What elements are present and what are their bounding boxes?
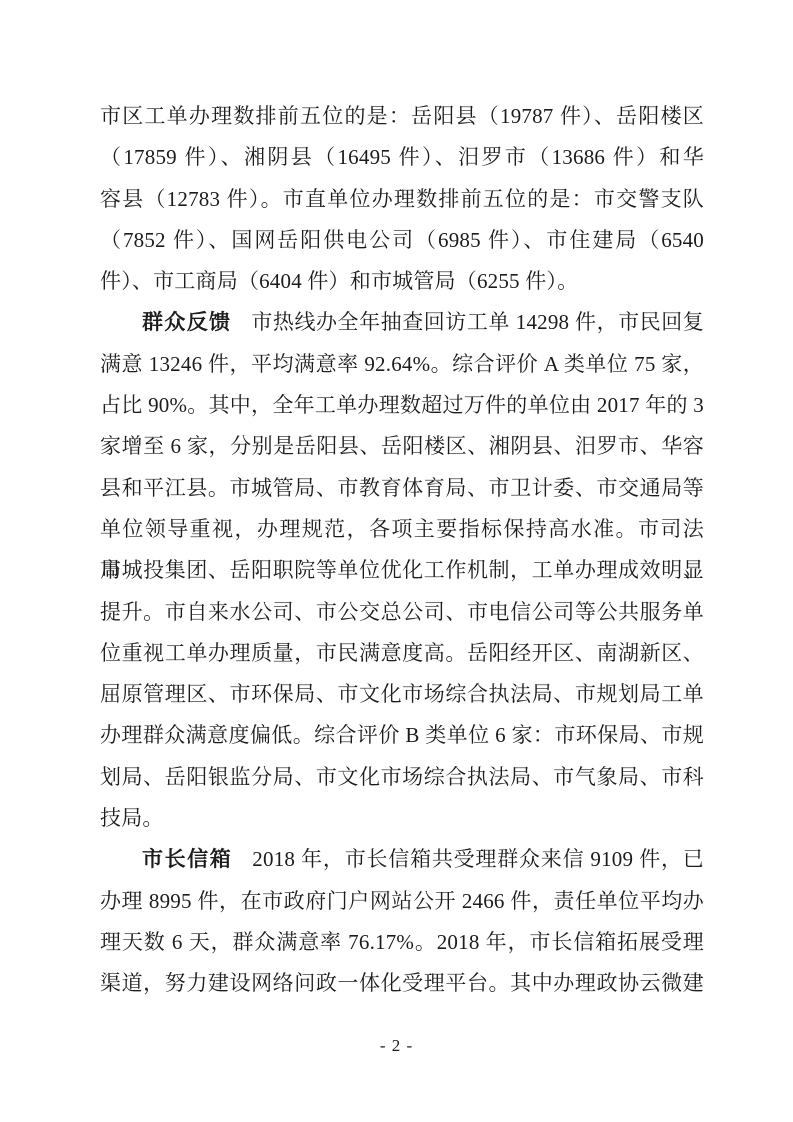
text-line: 渠道，努力建设网络问政一体化受理平台。其中办理政协云微建 — [100, 963, 704, 1004]
text-line: 技局。 — [100, 798, 704, 839]
section-heading: 市长信箱 — [142, 848, 232, 871]
text-line: 占比 90%。其中，全年工单办理数超过万件的单位由 2017 年的 3 — [100, 385, 704, 426]
text-line: 理天数 6 天，群众满意率 76.17%。2018 年，市长信箱拓展受理 — [100, 922, 704, 963]
section-heading: 群众反馈 — [142, 311, 231, 334]
line-text: 办理 8995 件，在市政府门户网站公开 2466 件，责任单位平均办 — [100, 889, 704, 913]
text-line: 件）、市工商局（6404 件）和市城管局（6255 件）。 — [100, 261, 704, 302]
line-text: 位重视工单办理质量，市民满意度高。岳阳经开区、南湖新区、 — [100, 641, 704, 665]
text-line: （7852 件）、国网岳阳供电公司（6985 件）、市住建局（6540 — [100, 220, 704, 261]
line-text: 容县（12783 件）。市直单位办理数排前五位的是：市交警支队 — [100, 187, 704, 211]
line-text: （17859 件）、湘阴县（16495 件）、汨罗市（13686 件）和华 — [100, 145, 704, 169]
text-line: 单位领导重视，办理规范，各项主要指标保持高水准。市司法局、 — [100, 509, 704, 550]
line-text: 市区工单办理数排前五位的是：岳阳县（19787 件）、岳阳楼区 — [100, 104, 704, 128]
line-text: 划局、岳阳银监分局、市文化市场综合执法局、市气象局、市科 — [100, 765, 704, 789]
line-text: 件）、市工商局（6404 件）和市城管局（6255 件）。 — [100, 269, 578, 293]
line-text: 占比 90%。其中，全年工单办理数超过万件的单位由 2017 年的 3 — [100, 393, 704, 417]
text-line: 群众反馈市热线办全年抽查回访工单 14298 件，市民回复 — [100, 302, 704, 343]
line-text: 理天数 6 天，群众满意率 76.17%。2018 年，市长信箱拓展受理 — [100, 930, 704, 954]
text-line: 满意 13246 件，平均满意率 92.64%。综合评价 A 类单位 75 家， — [100, 344, 704, 385]
line-text: 县和平江县。市城管局、市教育体育局、市卫计委、市交通局等 — [100, 476, 704, 500]
line-text: （7852 件）、国网岳阳供电公司（6985 件）、市住建局（6540 — [100, 228, 704, 252]
text-line: （17859 件）、湘阴县（16495 件）、汨罗市（13686 件）和华 — [100, 137, 704, 178]
line-text: 渠道，努力建设网络问政一体化受理平台。其中办理政协云微建 — [100, 971, 704, 995]
line-text: 家增至 6 家，分别是岳阳县、岳阳楼区、湘阴县、汨罗市、华容 — [100, 434, 704, 458]
line-text: 2018 年，市长信箱共受理群众来信 9109 件，已 — [252, 847, 704, 871]
text-line: 提升。市自来水公司、市公交总公司、市电信公司等公共服务单 — [100, 592, 704, 633]
line-text: 技局。 — [100, 806, 164, 830]
text-line: 县和平江县。市城管局、市教育体育局、市卫计委、市交通局等 — [100, 468, 704, 509]
document-body: 市区工单办理数排前五位的是：岳阳县（19787 件）、岳阳楼区（17859 件）… — [100, 96, 704, 1005]
page-footer: - 2 - — [0, 1036, 793, 1056]
text-line: 屈原管理区、市环保局、市文化市场综合执法局、市规划局工单 — [100, 674, 704, 715]
document-page: 市区工单办理数排前五位的是：岳阳县（19787 件）、岳阳楼区（17859 件）… — [0, 0, 793, 1122]
text-line: 市区工单办理数排前五位的是：岳阳县（19787 件）、岳阳楼区 — [100, 96, 704, 137]
text-line: 市城投集团、岳阳职院等单位优化工作机制，工单办理成效明显 — [100, 550, 704, 591]
line-text: 屈原管理区、市环保局、市文化市场综合执法局、市规划局工单 — [100, 682, 704, 706]
text-line: 位重视工单办理质量，市民满意度高。岳阳经开区、南湖新区、 — [100, 633, 704, 674]
line-text: 市热线办全年抽查回访工单 14298 件，市民回复 — [251, 310, 704, 334]
line-text: 办理群众满意度偏低。综合评价 B 类单位 6 家：市环保局、市规 — [100, 723, 704, 747]
text-line: 划局、岳阳银监分局、市文化市场综合执法局、市气象局、市科 — [100, 757, 704, 798]
line-text: 市城投集团、岳阳职院等单位优化工作机制，工单办理成效明显 — [100, 558, 704, 582]
page-number: - 2 - — [380, 1036, 413, 1055]
text-line: 容县（12783 件）。市直单位办理数排前五位的是：市交警支队 — [100, 179, 704, 220]
text-line: 市长信箱2018 年，市长信箱共受理群众来信 9109 件，已 — [100, 839, 704, 880]
text-line: 办理 8995 件，在市政府门户网站公开 2466 件，责任单位平均办 — [100, 881, 704, 922]
line-text: 满意 13246 件，平均满意率 92.64%。综合评价 A 类单位 75 家， — [100, 352, 704, 376]
text-line: 家增至 6 家，分别是岳阳县、岳阳楼区、湘阴县、汨罗市、华容 — [100, 426, 704, 467]
line-text: 提升。市自来水公司、市公交总公司、市电信公司等公共服务单 — [100, 600, 704, 624]
text-line: 办理群众满意度偏低。综合评价 B 类单位 6 家：市环保局、市规 — [100, 715, 704, 756]
